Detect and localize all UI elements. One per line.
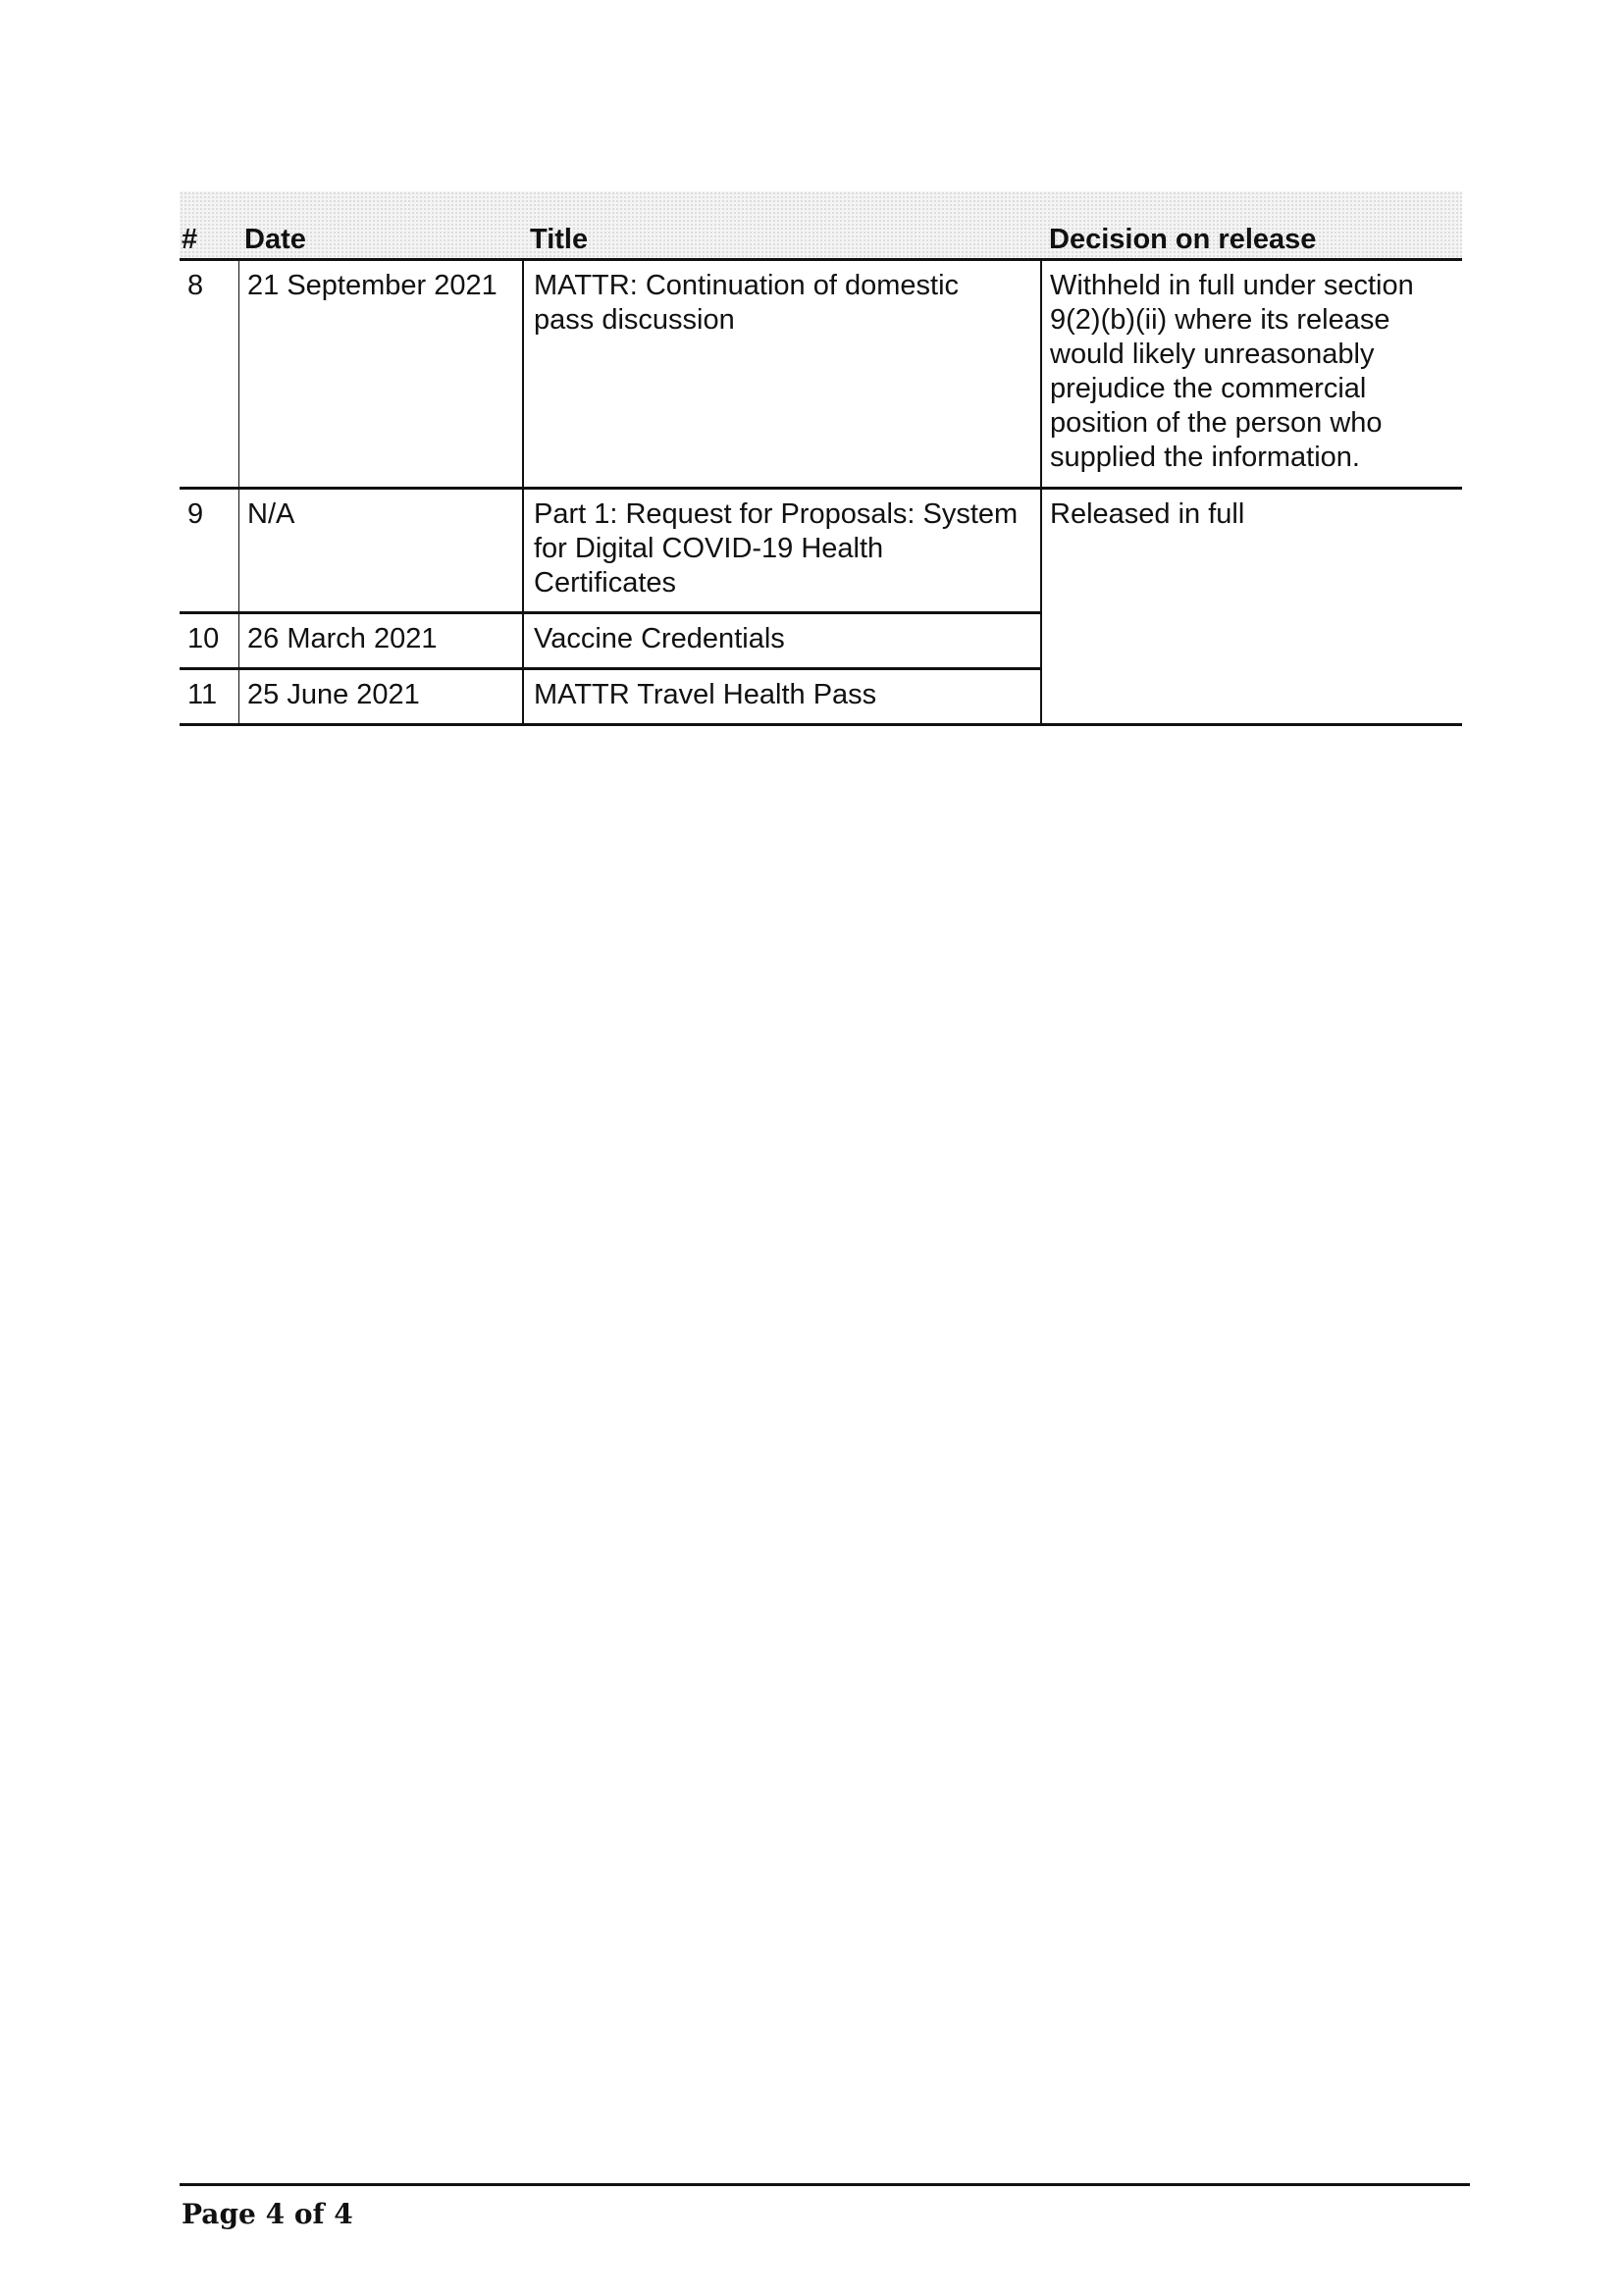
row-number: 8 — [180, 261, 238, 487]
merged-rows-group: 9 N/A Part 1: Request for Proposals: Sys… — [180, 490, 1462, 726]
row-number: 11 — [180, 670, 238, 723]
header-decision: Decision on release — [1049, 224, 1316, 256]
row-date: 26 March 2021 — [238, 614, 522, 667]
row-date: N/A — [238, 490, 522, 611]
table-row: 9 N/A Part 1: Request for Proposals: Sys… — [180, 490, 1040, 614]
page-number: Page 4 of 4 — [182, 2198, 353, 2230]
row-number: 9 — [180, 490, 238, 611]
row-title: MATTR Travel Health Pass — [522, 670, 1040, 723]
release-decision-table: # Date Title Decision on release 8 21 Se… — [180, 191, 1462, 726]
row-title: MATTR: Continuation of domestic pass dis… — [522, 261, 1040, 487]
table-row: 8 21 September 2021 MATTR: Continuation … — [180, 261, 1462, 490]
row-decision-merged: Released in full — [1040, 490, 1462, 723]
table-row: 10 26 March 2021 Vaccine Credentials — [180, 614, 1040, 670]
row-date: 25 June 2021 — [238, 670, 522, 723]
header-title: Title — [530, 224, 588, 256]
row-decision: Withheld in full under section 9(2)(b)(i… — [1040, 261, 1462, 487]
row-number: 10 — [180, 614, 238, 667]
header-date: Date — [244, 224, 306, 256]
header-number: # — [182, 224, 197, 256]
table-header: # Date Title Decision on release — [180, 191, 1462, 261]
row-title: Vaccine Credentials — [522, 614, 1040, 667]
row-date: 21 September 2021 — [238, 261, 522, 487]
footer-divider — [180, 2183, 1470, 2186]
document-page: # Date Title Decision on release 8 21 Se… — [0, 0, 1623, 2296]
row-title: Part 1: Request for Proposals: System fo… — [522, 490, 1040, 611]
